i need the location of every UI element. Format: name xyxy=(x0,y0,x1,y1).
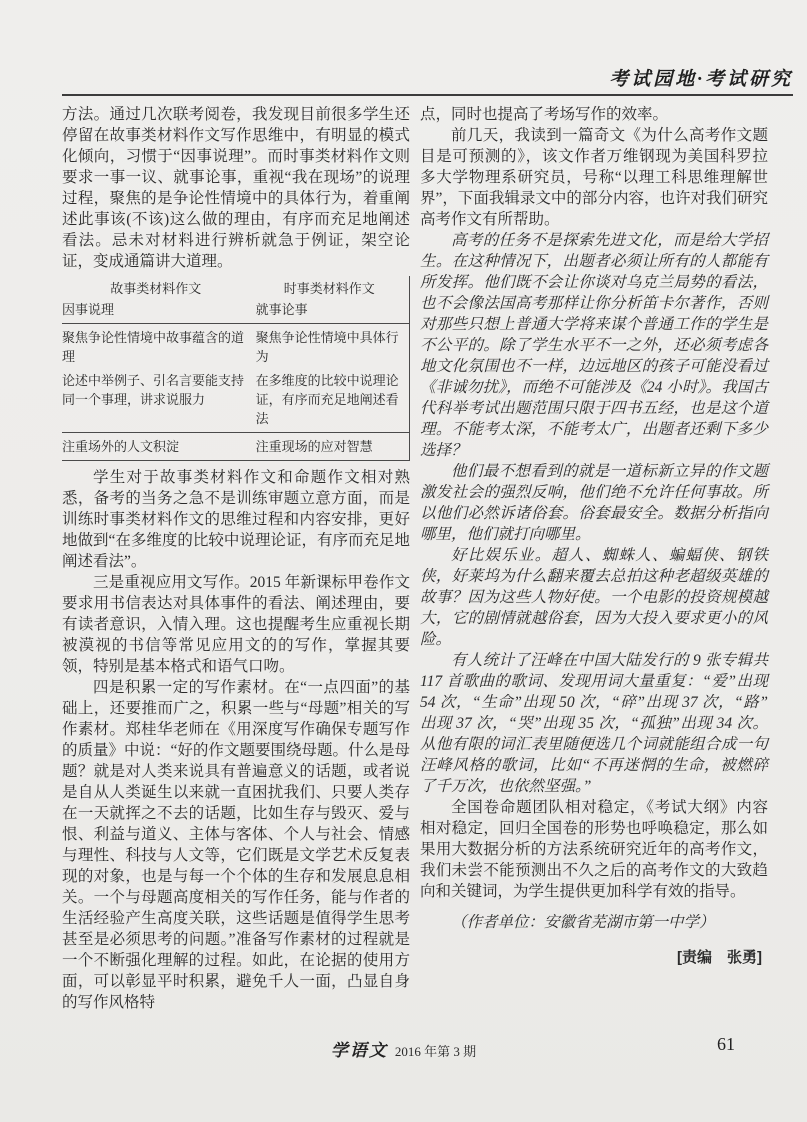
table-cell: 在多维度的比较中说理论证，有序而充足地阐述看法 xyxy=(256,367,410,433)
quote-paragraph: 他们最不想看到的就是一道标新立异的作文题激发社会的强烈反响，他们绝不允许任何事故… xyxy=(420,461,768,545)
paragraph: 四是积累一定的写作素材。在“一点四面”的基础上，还要推而广之，积累一些与“母题”… xyxy=(62,677,410,1013)
header-rule xyxy=(62,94,793,96)
page-footer: 学语文2016 年第 3 期 61 xyxy=(0,1036,807,1066)
table-row: 注重场外的人文积淀 注重现场的应对智慧 xyxy=(62,433,410,461)
paragraph: 三是重视应用文写作。2015 年新课标甲卷作文要求用书信表达对具体事件的看法、阐… xyxy=(62,572,410,677)
quote-paragraph: 有人统计了汪峰在中国大陆发行的 9 张专辑共 117 首歌曲的歌词、发现用词大量… xyxy=(420,650,768,797)
table-cell: 论述中举例子、引名言要能支持同一个事理，讲求说服力 xyxy=(62,367,256,433)
table-cell: 聚焦争论性情境中具体行为 xyxy=(256,324,410,368)
paragraph: 前几天，我读到一篇奇文《为什么高考作文题目是可预测的》，该文作者万维钢现为美国科… xyxy=(420,125,768,230)
table-row: 论述中举例子、引名言要能支持同一个事理，讲求说服力 在多维度的比较中说理论证，有… xyxy=(62,367,410,433)
quote-paragraph: 高考的任务不是探索先进文化，而是给大学招生。在这种情况下，出题者必须让所有的人都… xyxy=(420,230,768,461)
table-cell: 因事说理 xyxy=(62,299,256,324)
journal-name: 学语文 xyxy=(331,1041,388,1060)
article-body: 方法。通过几次联考阅卷，我发现目前很多学生还停留在故事类材料作文写作思维中，有明… xyxy=(62,104,768,1013)
page-number: 61 xyxy=(717,1034,735,1055)
paragraph: 全国卷命题团队相对稳定，《考试大纲》内容相对稳定，回归全国卷的形势也呼唤稳定，那… xyxy=(420,797,768,902)
table-header-cell: 时事类材料作文 xyxy=(256,276,410,299)
table-header-row: 故事类材料作文 时事类材料作文 xyxy=(62,276,410,299)
author-affiliation: （作者单位：安徽省芜湖市第一中学） xyxy=(420,912,768,933)
paragraph: 学生对于故事类材料作文和命题作文相对熟悉，备考的当务之急不是训练审题立意方面，而… xyxy=(62,467,410,572)
issue-label: 2016 年第 3 期 xyxy=(395,1044,476,1059)
paragraph: 方法。通过几次联考阅卷，我发现目前很多学生还停留在故事类材料作文写作思维中，有明… xyxy=(62,104,410,272)
table-cell: 聚焦争论性情境中故事蕴含的道理 xyxy=(62,324,256,368)
table-row: 因事说理 就事论事 xyxy=(62,299,410,324)
right-column: 点，同时也提高了考场写作的效率。 前几天，我读到一篇奇文《为什么高考作文题目是可… xyxy=(420,104,768,1013)
editor-credit: [责编 张勇] xyxy=(420,947,768,968)
paragraph: 点，同时也提高了考场写作的效率。 xyxy=(420,104,768,125)
table-cell: 就事论事 xyxy=(256,299,410,324)
page-title: 考试园地·考试研究 xyxy=(609,64,793,91)
journal-issue-line: 学语文2016 年第 3 期 xyxy=(0,1036,807,1061)
quote-paragraph: 好比娱乐业。超人、蜘蛛人、蝙蝠侠、钢铁侠，好莱坞为什么翻来覆去总拍这种老超级英雄… xyxy=(420,545,768,650)
table-row: 聚焦争论性情境中故事蕴含的道理 聚焦争论性情境中具体行为 xyxy=(62,324,410,368)
left-column: 方法。通过几次联考阅卷，我发现目前很多学生还停留在故事类材料作文写作思维中，有明… xyxy=(62,104,410,1013)
journal-page: 考试园地·考试研究 方法。通过几次联考阅卷，我发现目前很多学生还停留在故事类材料… xyxy=(0,0,807,1122)
table-cell: 注重现场的应对智慧 xyxy=(256,433,410,461)
table-cell: 注重场外的人文积淀 xyxy=(62,433,256,461)
table-header-cell: 故事类材料作文 xyxy=(62,276,256,299)
comparison-table: 故事类材料作文 时事类材料作文 因事说理 就事论事 聚焦争论性情境中故事蕴含的道… xyxy=(62,276,410,461)
